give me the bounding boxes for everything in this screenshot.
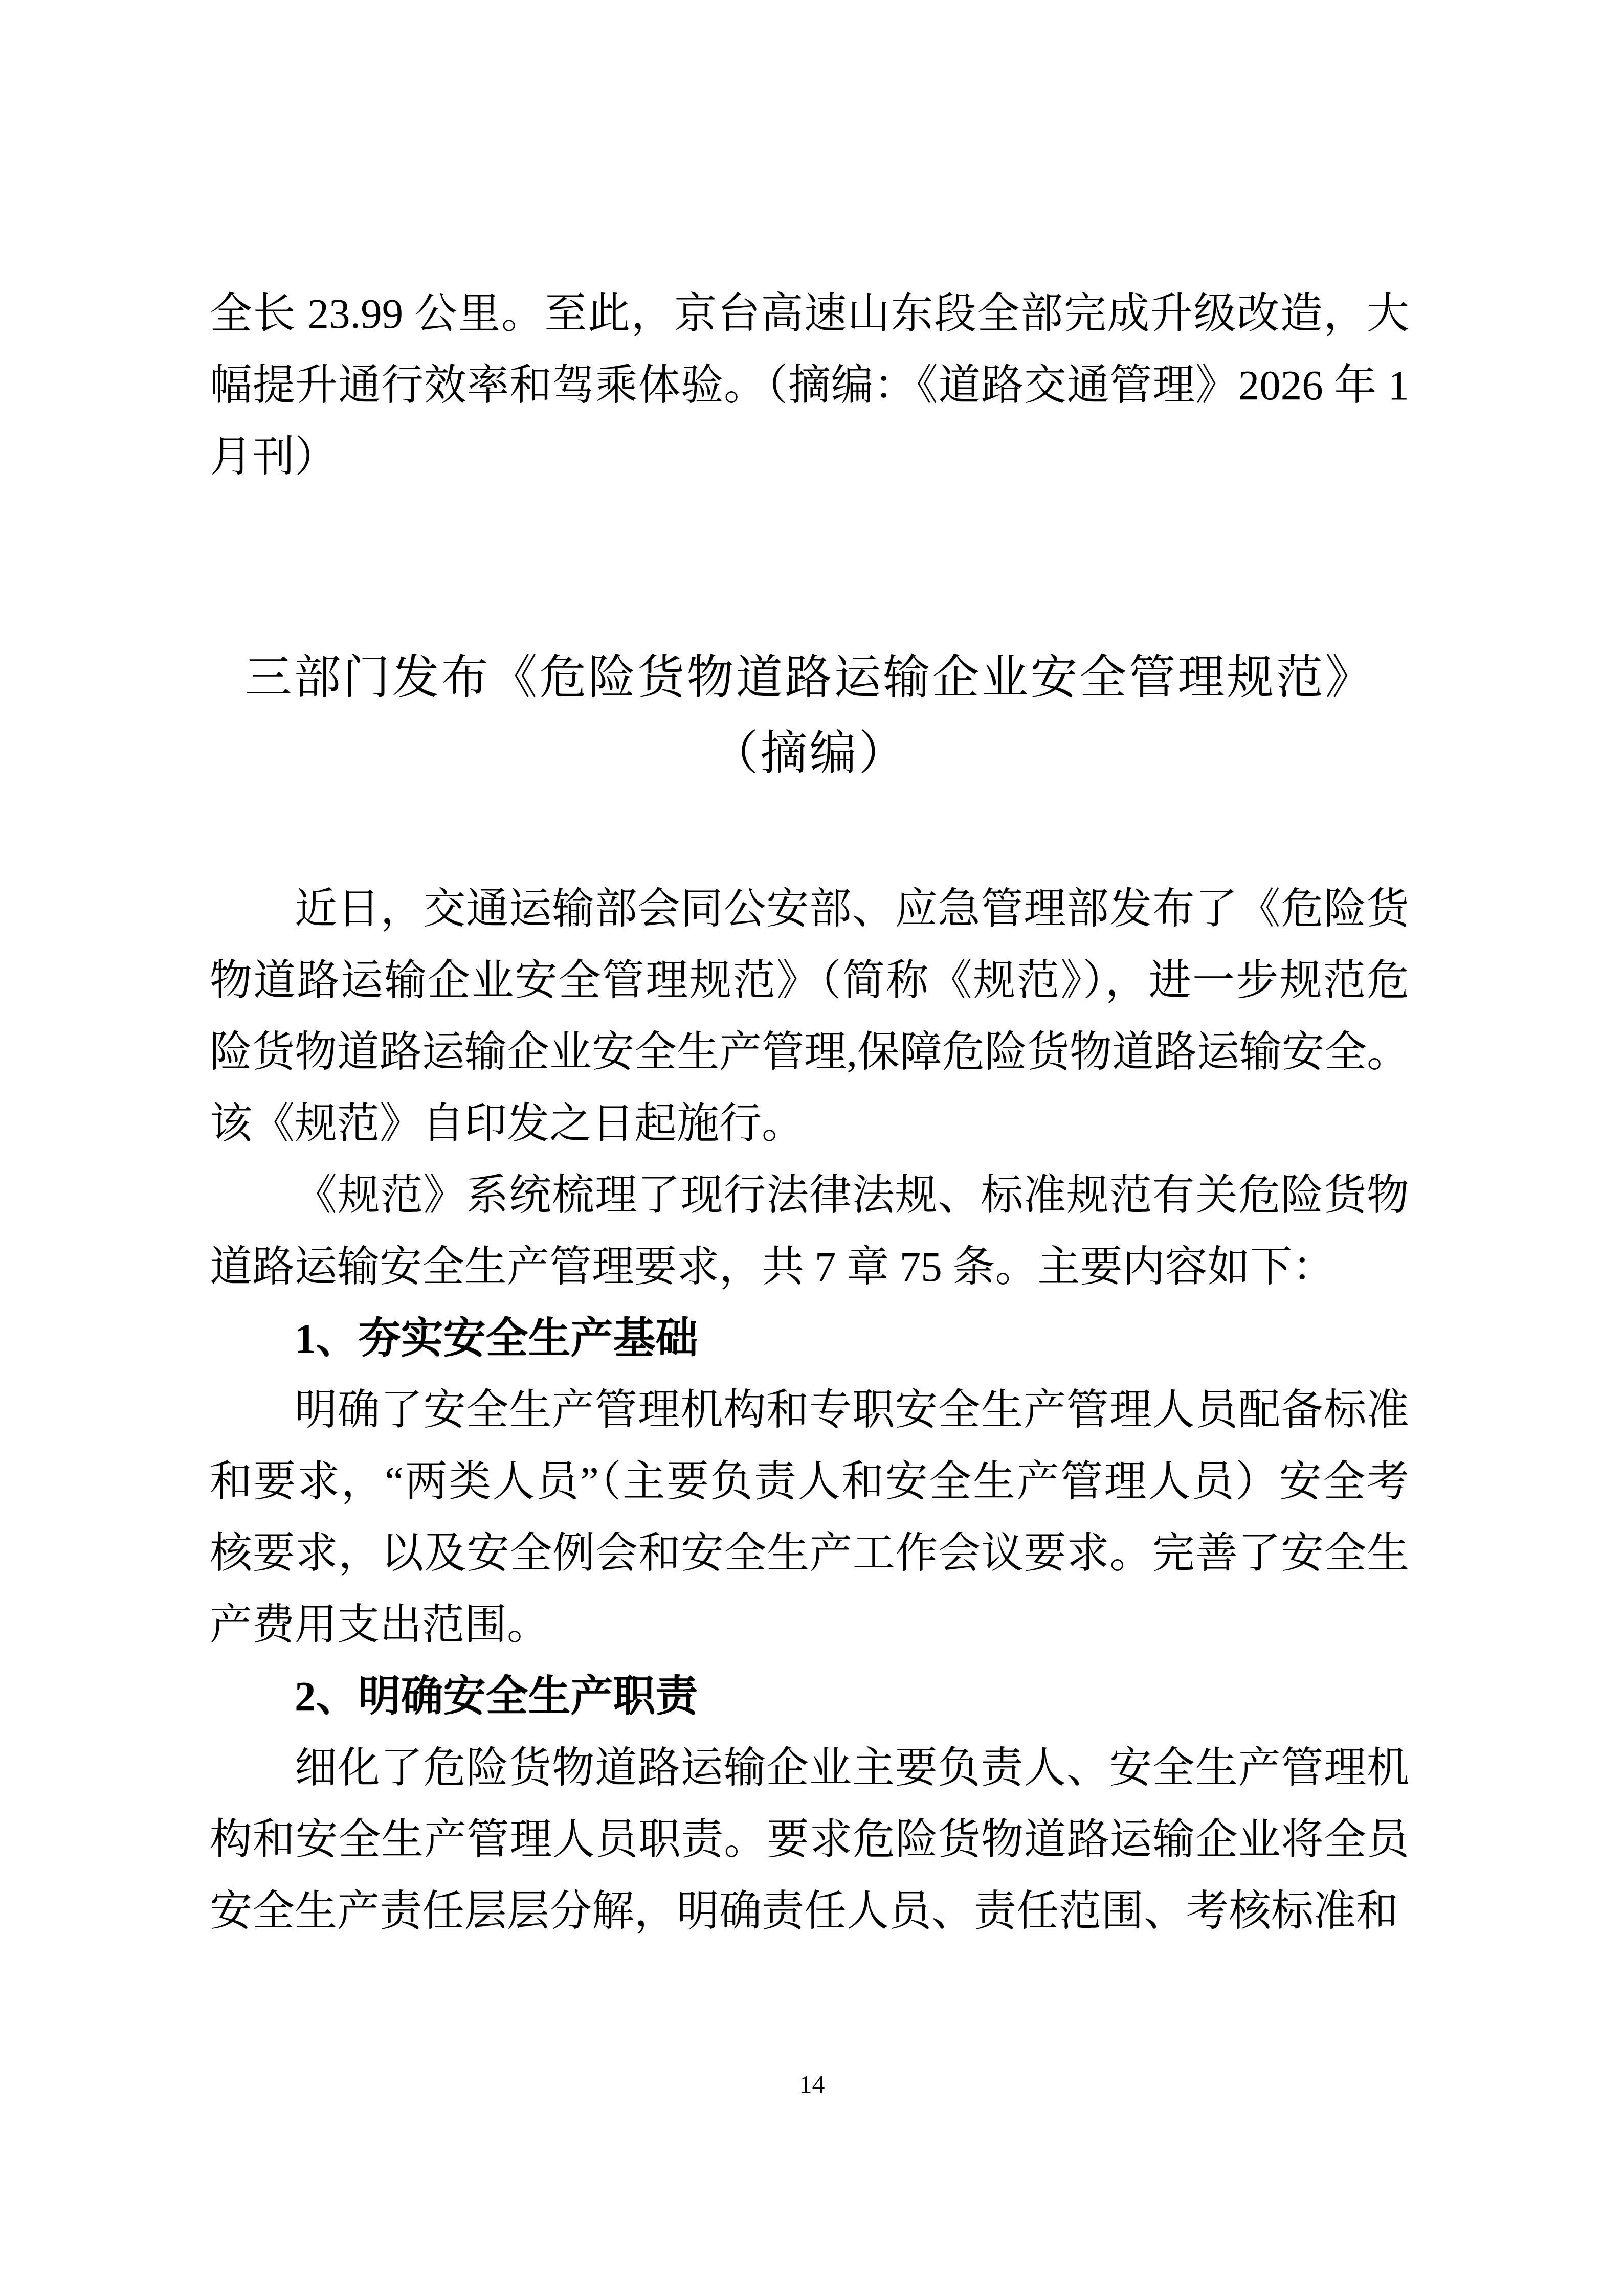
article-title-line1: 三部门发布《危险货物道路运输企业安全管理规范》 <box>210 640 1409 715</box>
paragraph-release-announcement: 近日，交通运输部会同公安部、应急管理部发布了《危险货物道路运输企业安全管理规范》… <box>210 873 1409 1159</box>
paragraph-overview: 《规范》系统梳理了现行法律法规、标准规范有关危险货物道路运输安全生产管理要求，共… <box>210 1159 1409 1302</box>
paragraph-subheading2-body: 细化了危险货物道路运输企业主要负责人、安全生产管理机构和安全生产管理人员职责。要… <box>210 1732 1409 1947</box>
paragraph-continuation: 全长 23.99 公里。至此，京台高速山东段全部完成升级改造，大幅提升通行效率和… <box>210 278 1409 492</box>
page-content: 全长 23.99 公里。至此，京台高速山东段全部完成升级改造，大幅提升通行效率和… <box>210 278 1409 1947</box>
paragraph-subheading1-body: 明确了安全生产管理机构和专职安全生产管理人员配备标准和要求，“两类人员”（主要负… <box>210 1374 1409 1660</box>
subheading-2: 2、明确安全生产职责 <box>210 1660 1409 1732</box>
article-title: 三部门发布《危险货物道路运输企业安全管理规范》 （摘编） <box>210 640 1409 791</box>
page-number: 14 <box>0 2067 1624 2101</box>
article-title-line2: （摘编） <box>210 715 1409 791</box>
document-page: 全长 23.99 公里。至此，京台高速山东段全部完成升级改造，大幅提升通行效率和… <box>0 0 1624 2296</box>
subheading-1: 1、夯实安全生产基础 <box>210 1302 1409 1374</box>
